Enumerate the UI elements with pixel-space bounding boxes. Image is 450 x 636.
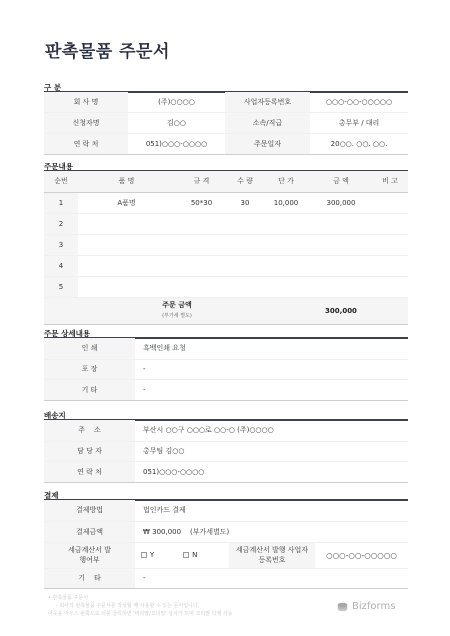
item-name-cell[interactable]: A품명 bbox=[78, 192, 175, 213]
order-details-table: 인 쇄 흑백인쇄 요청 포 장 - 기 타 - bbox=[44, 338, 408, 401]
payment-etc-label: 기 타 bbox=[44, 568, 135, 588]
table-row: 기 타 - bbox=[44, 568, 408, 588]
tax-invoice-reg-value[interactable]: ○○○-○○-○○○○○ bbox=[315, 542, 408, 568]
tax-invoice-options: Y N bbox=[135, 542, 229, 568]
table-row: 포 장 - bbox=[44, 359, 408, 379]
header-unit-price: 단 가 bbox=[262, 171, 310, 192]
footer-line-2: - 회사의 판촉물품 주문서를 작성할 때 사용할 수 있는 문서입니다. bbox=[48, 602, 233, 610]
option-y[interactable]: Y bbox=[141, 551, 181, 559]
tax-invoice-label: 세금계산서 발행여부 bbox=[44, 542, 135, 568]
spec-cell[interactable] bbox=[175, 213, 228, 234]
quantity-cell[interactable] bbox=[228, 255, 262, 276]
table-row: 4 bbox=[44, 255, 408, 276]
manager-value[interactable]: 총무팀 김○○ bbox=[135, 441, 408, 461]
page-title: 판촉물품 주문서 bbox=[45, 37, 170, 62]
bizforms-brand-text: Bizforms bbox=[352, 601, 395, 612]
shipping-contact-value[interactable]: 051)○○○-○○○○ bbox=[135, 461, 408, 482]
header-no: 순번 bbox=[44, 171, 78, 192]
address-value[interactable]: 부산시 ○○구 ○○○로 ○○-○ (주)○○○○ bbox=[135, 420, 408, 441]
unit-price-cell[interactable] bbox=[262, 255, 310, 276]
footer-line-1: • 판촉물품 주문서 bbox=[48, 594, 233, 602]
header-amount: 금 액 bbox=[310, 171, 372, 192]
bizforms-logo-icon bbox=[337, 602, 348, 612]
remarks-cell[interactable] bbox=[372, 255, 408, 276]
basic-info-table: 회 사 명 (주)○○○○ 사업자등록번호 ○○○-○○-○○○○○ 신청자명 … bbox=[44, 92, 408, 155]
print-label: 인 쇄 bbox=[44, 338, 135, 359]
payment-method-value[interactable]: 법인카드 결제 bbox=[135, 500, 408, 521]
checkbox-n[interactable] bbox=[183, 552, 189, 558]
tax-invoice-reg-label: 세금계산서 발행 사업자등록번호 bbox=[229, 542, 315, 568]
department-label: 소속/직급 bbox=[225, 112, 310, 133]
amount-cell[interactable] bbox=[310, 213, 372, 234]
option-n-label: N bbox=[192, 551, 197, 559]
order-date-label: 주문일자 bbox=[225, 133, 310, 154]
quantity-cell[interactable] bbox=[228, 213, 262, 234]
table-row: 연 락 처 051)○○○-○○○○ bbox=[44, 461, 408, 482]
header-item-name: 품 명 bbox=[78, 171, 175, 192]
spec-cell[interactable] bbox=[175, 255, 228, 276]
company-name-label: 회 사 명 bbox=[44, 92, 128, 112]
unit-price-cell[interactable]: 10,000 bbox=[262, 192, 310, 213]
total-label-cell: 주문 금액 (부가세 별도) bbox=[44, 297, 310, 324]
checkbox-y[interactable] bbox=[141, 552, 147, 558]
total-remarks bbox=[372, 297, 408, 324]
manager-label: 담 당 자 bbox=[44, 441, 135, 461]
row-no: 5 bbox=[44, 276, 78, 297]
row-no: 1 bbox=[44, 192, 78, 213]
table-row: 세금계산서 발행여부 Y N 세금계산서 발행 사업자등록번호 ○○○-○○-○… bbox=[44, 542, 408, 568]
quantity-cell[interactable]: 30 bbox=[228, 192, 262, 213]
amount-cell[interactable]: 300,000 bbox=[310, 192, 372, 213]
spec-cell[interactable] bbox=[175, 234, 228, 255]
unit-price-cell[interactable] bbox=[262, 234, 310, 255]
item-name-cell[interactable] bbox=[78, 234, 175, 255]
order-items-table: 순번 품 명 규 격 수 량 단 가 금 액 비 고 1 A품명 50*30 3… bbox=[44, 171, 408, 325]
contact-label: 연 락 처 bbox=[44, 133, 128, 154]
header-spec: 규 격 bbox=[175, 171, 228, 192]
table-row: 회 사 명 (주)○○○○ 사업자등록번호 ○○○-○○-○○○○○ bbox=[44, 92, 408, 112]
option-n[interactable]: N bbox=[183, 551, 223, 559]
department-value[interactable]: 총무부 / 대리 bbox=[310, 112, 408, 133]
table-row: 3 bbox=[44, 234, 408, 255]
table-row: 주 소 부산시 ○○구 ○○○로 ○○-○ (주)○○○○ bbox=[44, 420, 408, 441]
item-name-cell[interactable] bbox=[78, 213, 175, 234]
amount-cell[interactable] bbox=[310, 276, 372, 297]
address-label: 주 소 bbox=[44, 420, 135, 441]
spec-cell[interactable] bbox=[175, 276, 228, 297]
shipping-contact-label: 연 락 처 bbox=[44, 461, 135, 482]
table-header-row: 순번 품 명 규 격 수 량 단 가 금 액 비 고 bbox=[44, 171, 408, 192]
total-row: 주문 금액 (부가세 별도) 300,000 bbox=[44, 297, 408, 324]
header-quantity: 수 량 bbox=[228, 171, 262, 192]
table-row: 2 bbox=[44, 213, 408, 234]
payment-etc-value[interactable]: - bbox=[135, 568, 408, 588]
footer-notes: • 판촉물품 주문서 - 회사의 판촉물품 주문서를 작성할 때 사용할 수 있… bbox=[48, 594, 233, 618]
quantity-cell[interactable] bbox=[228, 276, 262, 297]
row-no: 4 bbox=[44, 255, 78, 276]
total-label: 주문 금액 bbox=[162, 301, 192, 309]
unit-price-cell[interactable] bbox=[262, 276, 310, 297]
row-no: 2 bbox=[44, 213, 78, 234]
amount-cell[interactable] bbox=[310, 234, 372, 255]
table-row: 결제금액 ₩ 300,000 (부가세별도) bbox=[44, 521, 408, 542]
table-row: 담 당 자 총무팀 김○○ bbox=[44, 441, 408, 461]
bizforms-logo: Bizforms bbox=[337, 601, 395, 612]
total-amount: 300,000 bbox=[310, 297, 372, 324]
footer-line-3: 아웃을 마우스 왼쪽으로 더블 클릭하면 '머리말/꼬리말' 상자가 뜨며 꼬리… bbox=[48, 610, 233, 618]
spec-cell[interactable]: 50*30 bbox=[175, 192, 228, 213]
amount-cell[interactable] bbox=[310, 255, 372, 276]
item-name-cell[interactable] bbox=[78, 276, 175, 297]
business-number-label: 사업자등록번호 bbox=[225, 92, 310, 112]
table-row: 5 bbox=[44, 276, 408, 297]
payment-table: 결제방법 법인카드 결제 결제금액 ₩ 300,000 (부가세별도) 세금계산… bbox=[44, 500, 408, 589]
contact-value[interactable]: 051)○○○-○○○○ bbox=[128, 133, 225, 154]
table-row: 연 락 처 051)○○○-○○○○ 주문일자 20○○. ○○. ○○. bbox=[44, 133, 408, 154]
business-number-value[interactable]: ○○○-○○-○○○○○ bbox=[310, 92, 408, 112]
shipping-table: 주 소 부산시 ○○구 ○○○로 ○○-○ (주)○○○○ 담 당 자 총무팀 … bbox=[44, 420, 408, 483]
applicant-label: 신청자명 bbox=[44, 112, 128, 133]
packaging-value[interactable]: - bbox=[135, 359, 408, 379]
table-row: 결제방법 법인카드 결제 bbox=[44, 500, 408, 521]
packaging-label: 포 장 bbox=[44, 359, 135, 379]
payment-amount-value[interactable]: ₩ 300,000 (부가세별도) bbox=[135, 521, 408, 542]
total-sublabel: (부가세 별도) bbox=[44, 311, 310, 321]
unit-price-cell[interactable] bbox=[262, 213, 310, 234]
row-no: 3 bbox=[44, 234, 78, 255]
option-y-label: Y bbox=[150, 551, 154, 559]
remarks-cell[interactable] bbox=[372, 276, 408, 297]
table-row: 신청자명 김○○ 소속/직급 총무부 / 대리 bbox=[44, 112, 408, 133]
remarks-cell[interactable] bbox=[372, 213, 408, 234]
table-row: 기 타 - bbox=[44, 379, 408, 400]
details-etc-value[interactable]: - bbox=[135, 379, 408, 400]
details-etc-label: 기 타 bbox=[44, 379, 135, 400]
quantity-cell[interactable] bbox=[228, 234, 262, 255]
applicant-value[interactable]: 김○○ bbox=[128, 112, 225, 133]
payment-method-label: 결제방법 bbox=[44, 500, 135, 521]
remarks-cell[interactable] bbox=[372, 234, 408, 255]
header-remarks: 비 고 bbox=[372, 171, 408, 192]
payment-amount-label: 결제금액 bbox=[44, 521, 135, 542]
table-row: 1 A품명 50*30 30 10,000 300,000 bbox=[44, 192, 408, 213]
print-value[interactable]: 흑백인쇄 요청 bbox=[135, 338, 408, 359]
item-name-cell[interactable] bbox=[78, 255, 175, 276]
company-name-value[interactable]: (주)○○○○ bbox=[128, 92, 225, 112]
remarks-cell[interactable] bbox=[372, 192, 408, 213]
table-row: 인 쇄 흑백인쇄 요청 bbox=[44, 338, 408, 359]
order-date-value[interactable]: 20○○. ○○. ○○. bbox=[310, 133, 408, 154]
